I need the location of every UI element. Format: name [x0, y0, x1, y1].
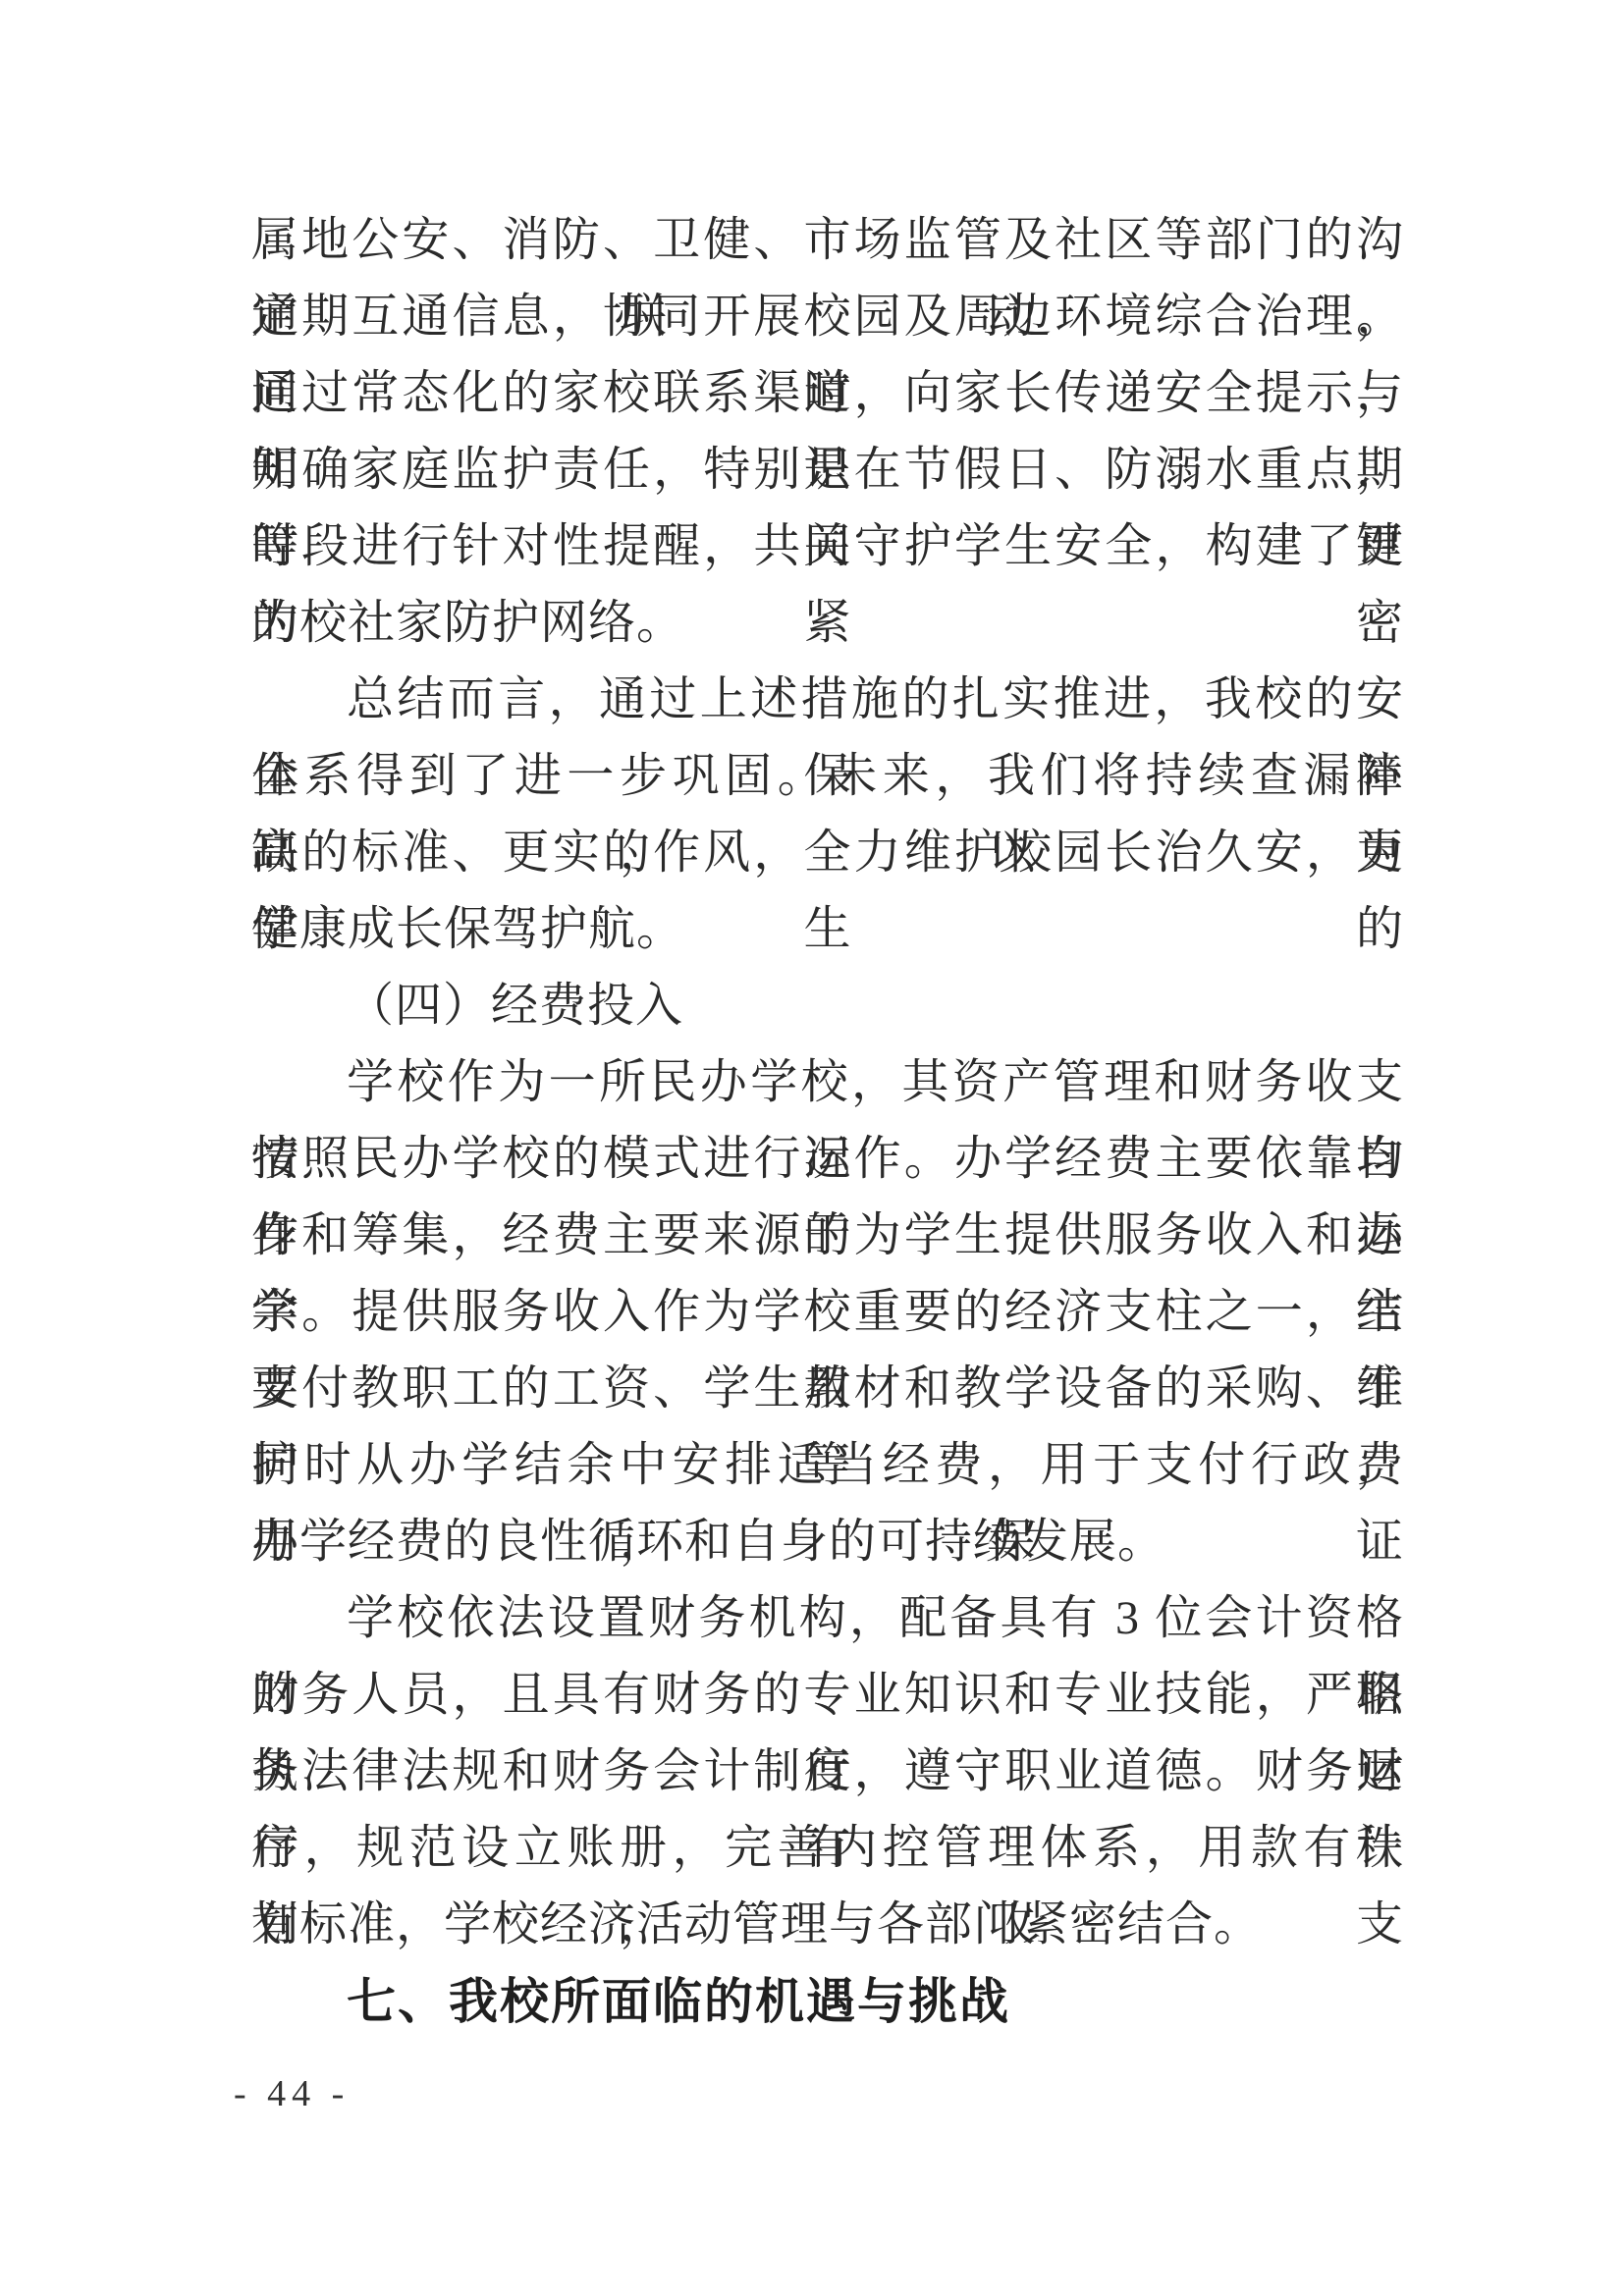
page-number: - 44 - — [234, 2069, 350, 2118]
section-heading: 七、我校所面临的机遇与挑战 — [251, 1963, 1404, 2040]
text-line: 属地公安、消防、卫健、市场监管及社区等部门的沟通联动， — [251, 202, 1404, 279]
text-line: 务法律法规和财务会计制度，遵守职业道德。财务运行有秩 — [251, 1734, 1404, 1810]
text-line: 学校依法设置财务机构，配备具有 3 位会计资格的专职 — [251, 1580, 1404, 1657]
text-line: 序，规范设立账册，完善内控管理体系，用款有计划，收支 — [251, 1810, 1404, 1887]
text-line: 通过常态化的家校联系渠道，向家长传递安全提示与知识， — [251, 355, 1404, 432]
text-line: 按照民办学校的模式进行运作。办学经费主要依靠自身的运 — [251, 1121, 1404, 1198]
text-line: 明确家庭监护责任，特别是在节假日、防溺水重点期等关键 — [251, 432, 1404, 508]
text-line: 时段进行针对性提醒，共同守护学生安全，构建了更为紧密 — [251, 508, 1404, 585]
text-line: 作和筹集，经费主要来源于为学生提供服务收入和办学结 — [251, 1198, 1404, 1274]
text-line: 定期互通信息，协同开展校园及周边环境综合治理。同时， — [251, 279, 1404, 355]
text-line: 余。提供服务收入作为学校重要的经济支柱之一，主要用于 — [251, 1274, 1404, 1351]
text-line: 学校作为一所民办学校，其资产管理和财务收支情况均 — [251, 1044, 1404, 1121]
text-line: 体系得到了进一步巩固。未来，我们将持续查漏补缺，以更 — [251, 738, 1404, 815]
text-line: （四）经费投入 — [251, 968, 1404, 1044]
text-line: 高的标准、更实的作风，全力维护校园长治久安，为学生的 — [251, 815, 1404, 891]
text-line: 同时从办学结余中安排适当经费，用于支付行政费用，保证 — [251, 1427, 1404, 1504]
text-line: 有标准，学校经济活动管理与各部门紧密结合。 — [251, 1887, 1404, 1963]
text-line: 财务人员，且具有财务的专业知识和专业技能，严格执行财 — [251, 1657, 1404, 1734]
document-body: 属地公安、消防、卫健、市场监管及社区等部门的沟通联动，定期互通信息，协同开展校园… — [251, 202, 1404, 2040]
document-page: 属地公安、消防、卫健、市场监管及社区等部门的沟通联动，定期互通信息，协同开展校园… — [0, 0, 1624, 2296]
text-line: 支付教职工的工资、学生教材和教学设备的采购、维护等， — [251, 1351, 1404, 1427]
text-line: 总结而言，通过上述措施的扎实推进，我校的安全保障 — [251, 662, 1404, 738]
